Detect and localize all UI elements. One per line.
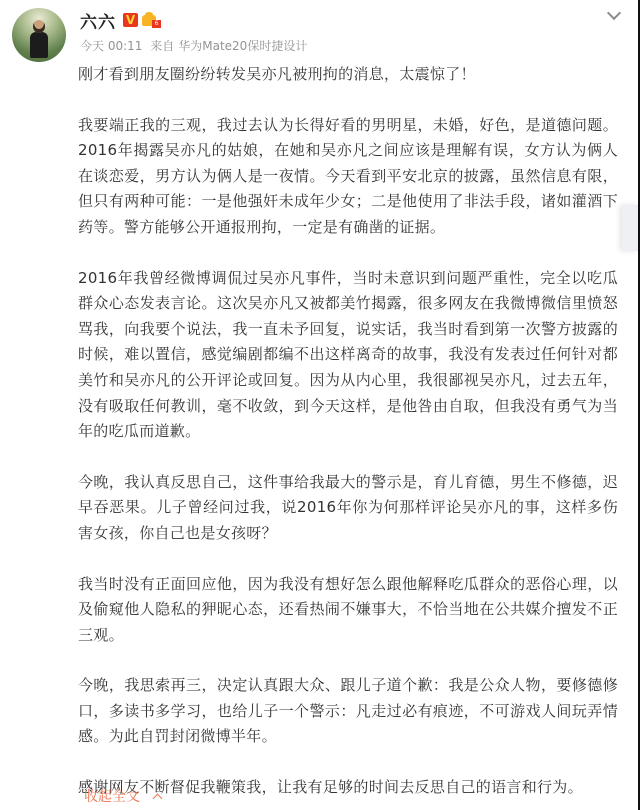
post-paragraph: 2016年我曾经微博调侃过吴亦凡事件，当时未意识到问题严重性，完全以吃瓜群众心态…	[78, 266, 618, 445]
author-name[interactable]: 六六	[80, 8, 116, 33]
floating-side-tab[interactable]	[622, 205, 638, 251]
collapse-full-text-link[interactable]: 收起全文	[84, 786, 161, 806]
source-device: 华为Mate20保时捷设计	[178, 39, 307, 53]
avatar-figure	[30, 32, 48, 58]
caret-up-icon	[153, 793, 163, 803]
source-prefix: 来自	[150, 39, 174, 53]
avatar-figure-head	[33, 20, 45, 33]
post-body: 刚才看到朋友圈纷纷转发吴亦凡被刑拘的消息，太震惊了！ 我要端正我的三观，我过去认…	[78, 62, 618, 801]
post-time[interactable]: 今天 00:11	[80, 39, 142, 53]
avatar[interactable]	[12, 8, 66, 62]
verified-v-icon[interactable]: V	[123, 13, 138, 27]
post-header: 六六 V 6 今天 00:11 来自华为Mate20保时捷设计	[80, 8, 620, 54]
post-paragraph: 今晚，我思索再三，决定认真跟大众、跟儿子道个歉：我是公众人物，要修德修口，多读书…	[78, 673, 618, 750]
collapse-label: 收起全文	[84, 786, 140, 806]
post-paragraph: 刚才看到朋友圈纷纷转发吴亦凡被刑拘的消息，太震惊了！	[78, 62, 618, 88]
member-crown-icon[interactable]: 6	[142, 12, 162, 28]
post-paragraph: 今晚，我认真反思自己，这件事给我最大的警示是，育儿育德，男生不修德，迟早吞恶果。…	[78, 470, 618, 547]
post-paragraph: 我当时没有正面回应他，因为我没有想好怎么跟他解释吃瓜群众的恶俗心理，以及偷窥他人…	[78, 572, 618, 649]
post-paragraph: 我要端正我的三观，我过去认为长得好看的男明星，未婚，好色，是道德问题。2016年…	[78, 113, 618, 241]
post-meta: 今天 00:11 来自华为Mate20保时捷设计	[80, 38, 620, 54]
author-row: 六六 V 6	[80, 8, 620, 32]
